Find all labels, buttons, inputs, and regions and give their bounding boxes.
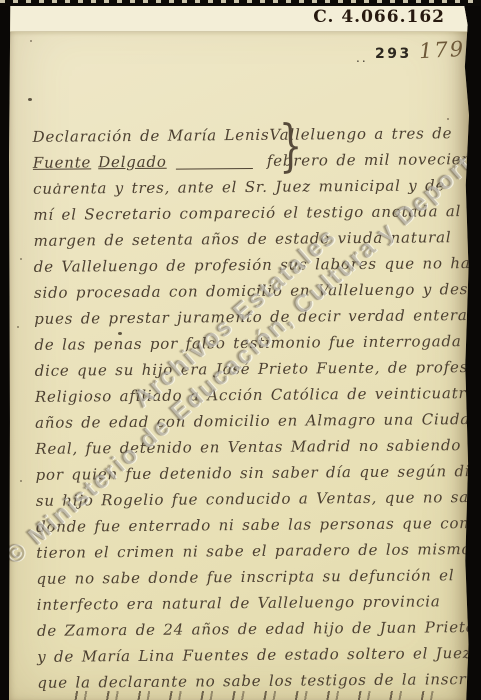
manuscript-line: margen de setenta años de estado viuda n… [33, 224, 457, 254]
margin-heading-line-2: Fuente Delgado [33, 148, 267, 176]
paper-speck [20, 480, 22, 482]
margin-heading-line-1: Declaración de María Lenis [33, 122, 270, 150]
cutoff-line-strokes [67, 691, 435, 700]
paper-speck [30, 40, 32, 42]
perforation-dashes [0, 0, 481, 3]
manuscript-line: de Zamora de 24 años de edad hijo de Jua… [37, 614, 461, 644]
manuscript-line: mí el Secretario compareció el testigo a… [33, 198, 457, 228]
page-number-stamp: 293 [375, 46, 412, 62]
manuscript-line: Real, fue detenido en Ventas Madrid no s… [35, 432, 459, 462]
paper-speck [57, 183, 59, 185]
manuscript-line: dice que su hijo era José Prieto Fuente,… [35, 354, 459, 384]
manuscript-line: su hijo Rogelio fue conducido a Ventas, … [36, 484, 460, 514]
paper-speck [17, 326, 19, 328]
paper-speck [28, 98, 32, 101]
manuscript-line: pues de prestar juramento de decir verda… [34, 302, 458, 332]
manuscript-line: donde fue enterrado ni sabe las personas… [36, 510, 460, 540]
manuscript-line: años de edad con domicilio en Almagro un… [35, 406, 459, 436]
manuscript-body: cuarenta y tres, ante el Sr. Juez munici… [33, 172, 462, 696]
manuscript-line: Religioso afiliado a Acción Católica de … [35, 380, 459, 410]
manuscript-line: de las penas por falso testimonio fue in… [34, 328, 458, 358]
document-scan: C. 4.066.162 .. 293 179 Archivos Estatal… [0, 0, 481, 700]
manuscript-line: cuarenta y tres, ante el Sr. Juez munici… [33, 172, 457, 202]
margin-heading-word-2: Delgado [98, 149, 167, 176]
manuscript-line: que no sabe donde fue inscripta su defun… [36, 562, 460, 592]
manuscript-line: sido procesada con domicilio en Vallelue… [34, 276, 458, 306]
page-number-dots: .. [356, 51, 368, 65]
manuscript-line: y de María Lina Fuentes de estado solter… [37, 640, 461, 670]
margin-heading-word-1: Fuente [33, 149, 92, 176]
manuscript-header-row-1: Declaración de María Lenis Valleluengo a… [33, 120, 457, 150]
paper-speck [20, 258, 22, 260]
manuscript-header-row-2: Fuente Delgado febrero de mil noveciento… [33, 146, 457, 176]
manuscript-line: de Valleluengo de profesión sus labores … [34, 250, 458, 280]
scanner-edge-top [0, 0, 481, 6]
paper-speck [118, 332, 122, 335]
folio-number-handwritten: 179 [418, 37, 465, 63]
heading-underline-rule [176, 168, 253, 170]
manuscript-line: por quien fue detenido sin saber día que… [35, 458, 459, 488]
manuscript-paper: C. 4.066.162 .. 293 179 Archivos Estatal… [9, 4, 469, 700]
handwritten-text-block: } Declaración de María Lenis Valleluengo… [33, 120, 462, 696]
archive-reference-stamp: C. 4.066.162 [313, 7, 445, 27]
manuscript-line: tieron el crimen ni sabe el paradero de … [36, 536, 460, 566]
paper-speck [447, 118, 449, 120]
manuscript-line: interfecto era natural de Valleluengo pr… [37, 588, 461, 618]
margin-brace-flourish: } [279, 120, 303, 174]
